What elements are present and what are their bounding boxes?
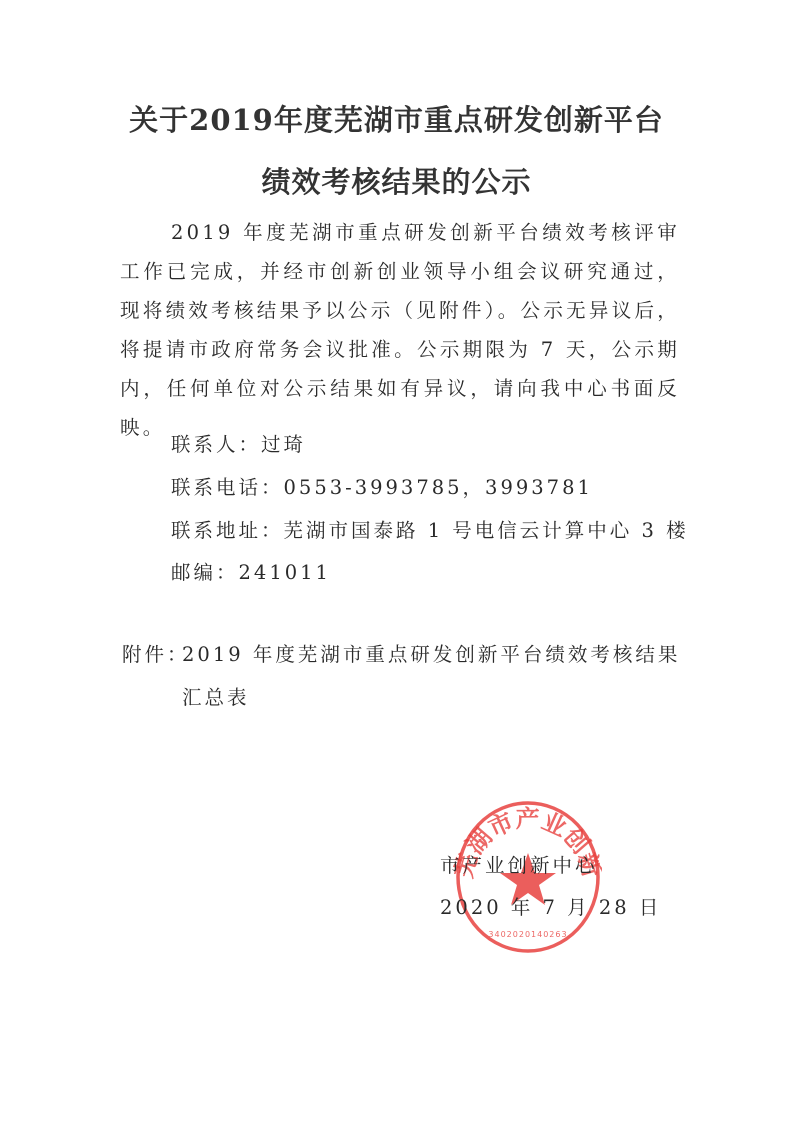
- title-line-1: 关于2019年度芜湖市重点研发创新平台: [0, 98, 793, 139]
- title-line-2: 绩效考核结果的公示: [0, 160, 793, 201]
- contact-address: 联系地址：芜湖市国泰路 1 号电信云计算中心 3 楼: [171, 515, 689, 543]
- svg-text:3402020140263: 3402020140263: [488, 930, 567, 939]
- attachment-title-line-1: 2019 年度芜湖市重点研发创新平台绩效考核结果: [182, 639, 680, 667]
- signature-org: 市产业创新中心: [440, 850, 598, 878]
- attachment-label: 附件：: [122, 639, 190, 667]
- signature-date: 2020 年 7 月 28 日: [440, 892, 661, 920]
- body-paragraph: 2019 年度芜湖市重点研发创新平台绩效考核评审工作已完成，并经市创新创业领导小…: [120, 213, 680, 447]
- contact-postcode: 邮编：241011: [171, 557, 331, 585]
- contact-person: 联系人：过琦: [171, 429, 306, 457]
- attachment-title-line-2: 汇总表: [182, 682, 250, 710]
- contact-phone: 联系电话：0553-3993785，3993781: [171, 472, 593, 500]
